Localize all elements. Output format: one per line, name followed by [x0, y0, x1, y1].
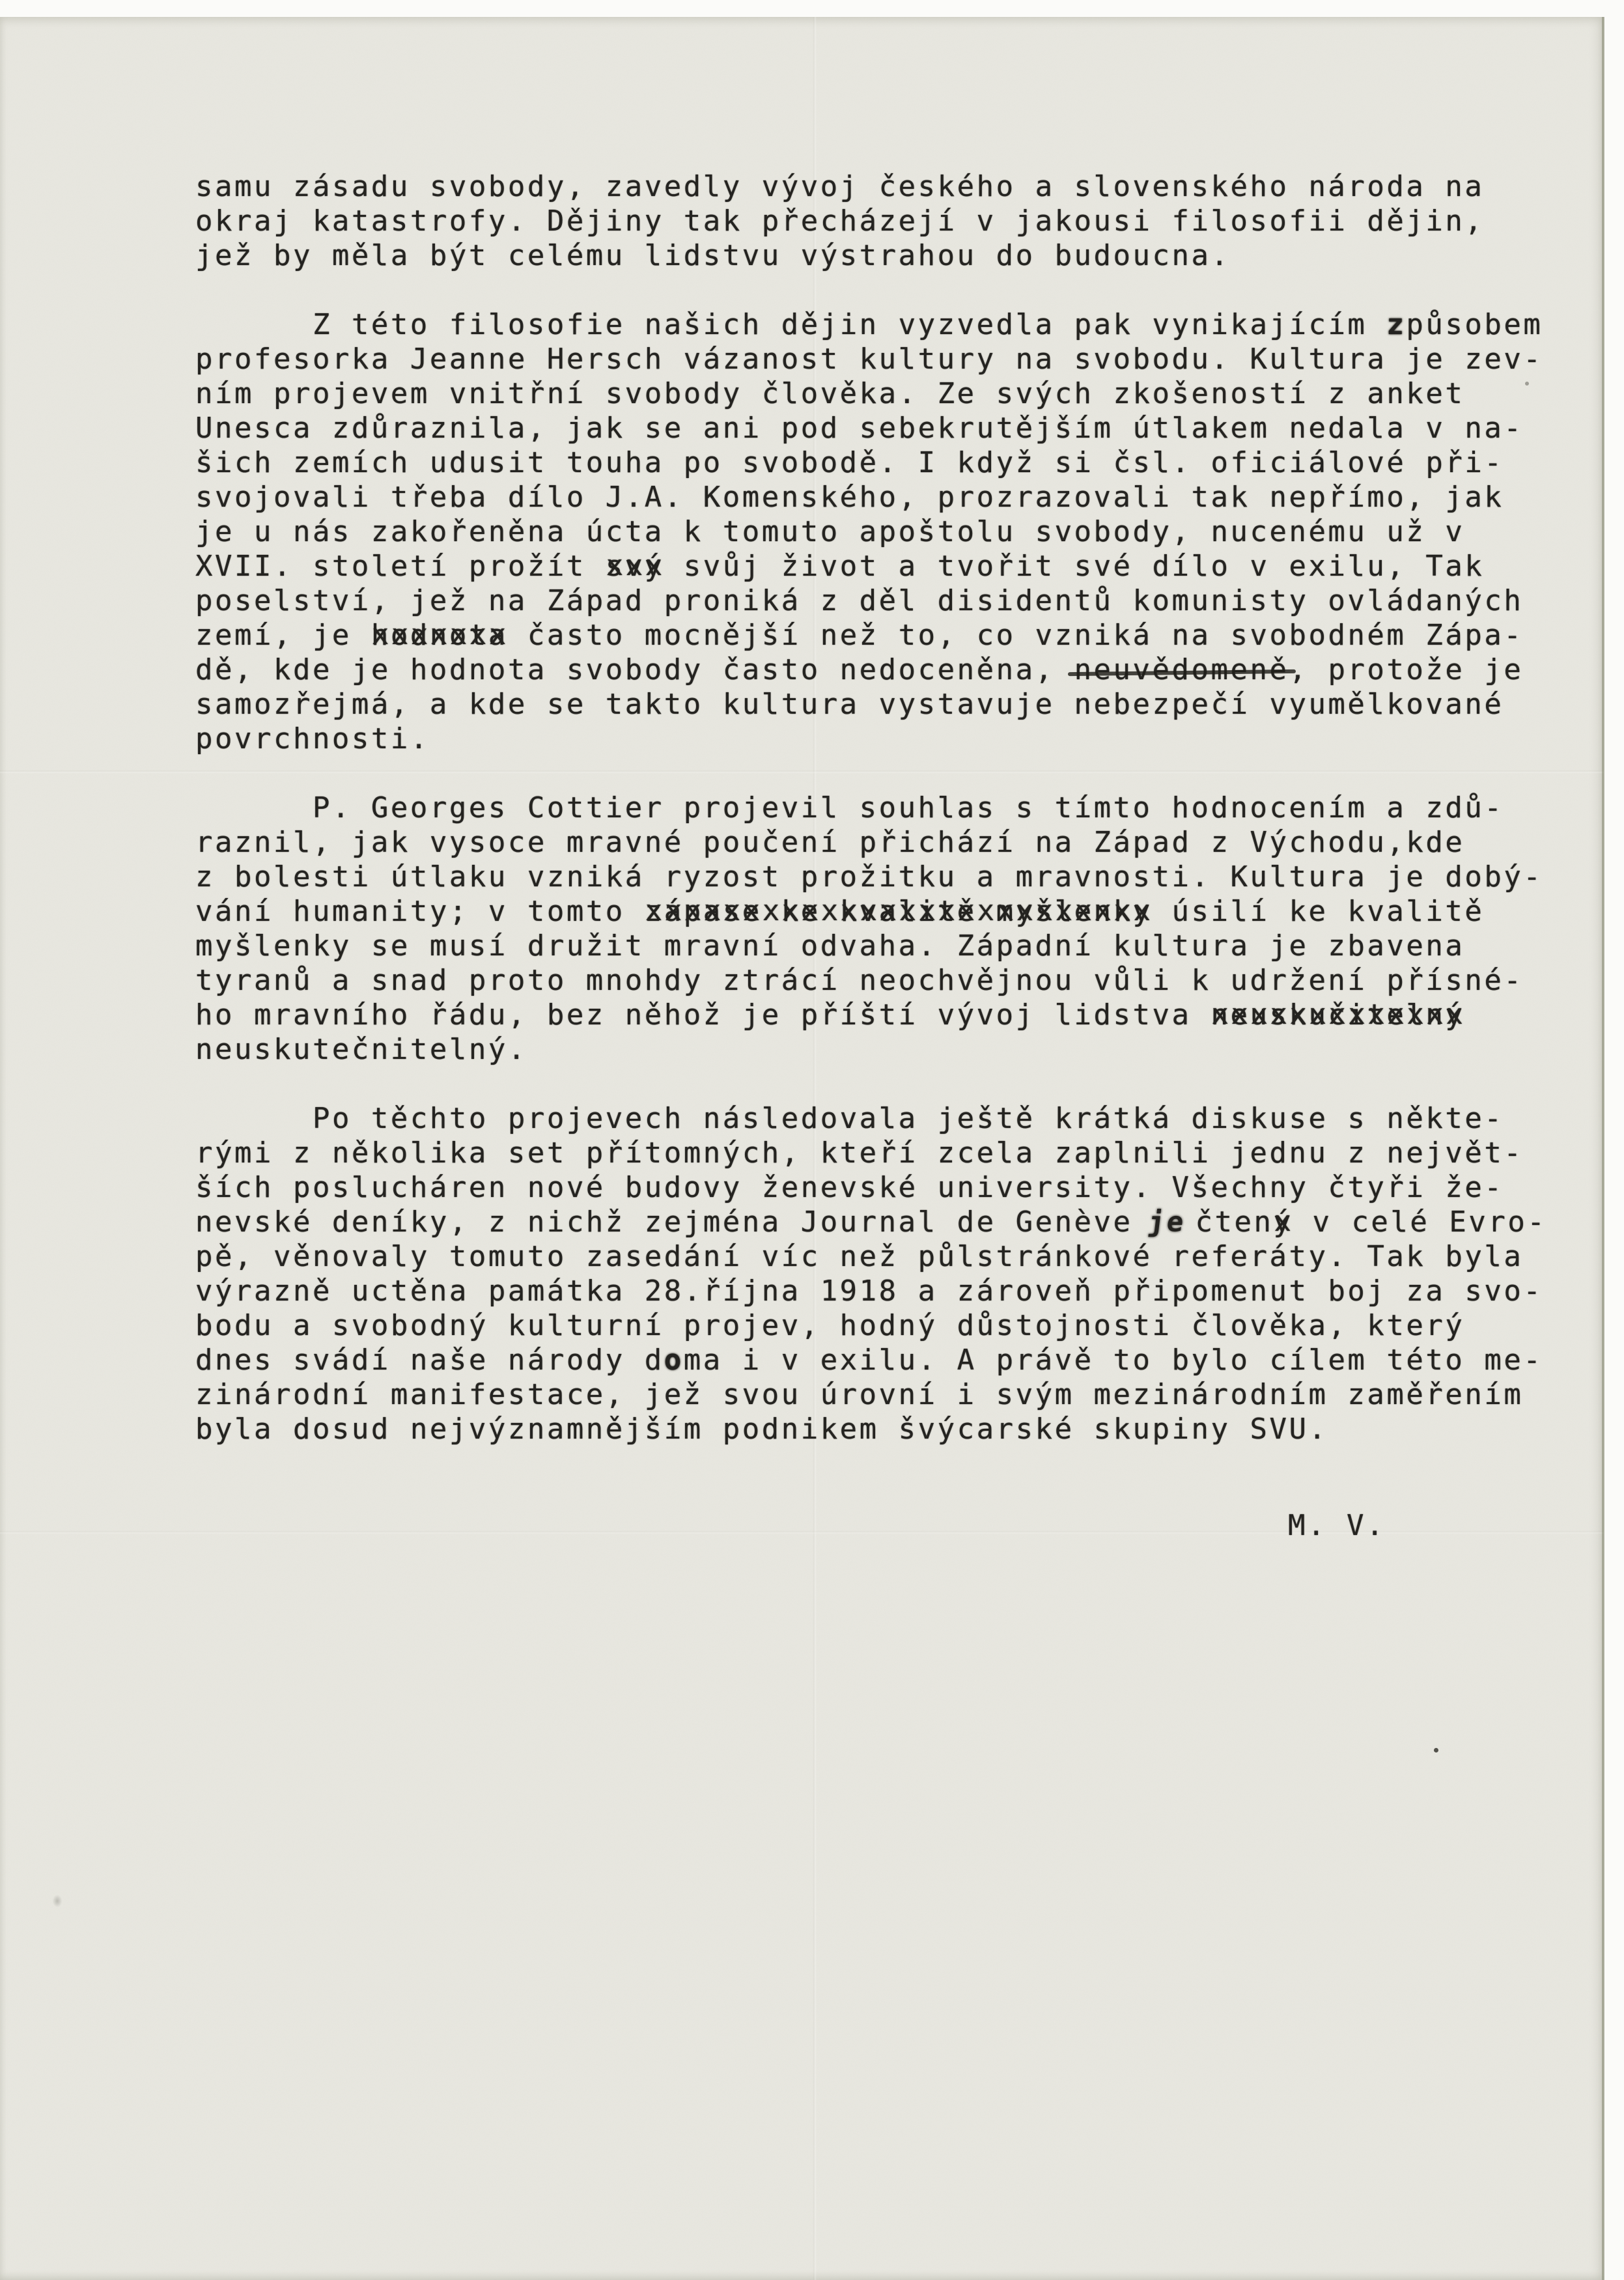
text-segment: ho mravního řádu, bez něhož je příští vý… [195, 998, 1211, 1032]
text-segment: svůj život a tvořit své dílo v exilu, Ta… [664, 550, 1485, 583]
text-segment: profesorka Jeanne Hersch vázanost kultur… [195, 343, 1543, 376]
text-line: bodu a svobodný kulturní projev, hodný d… [195, 1308, 1547, 1343]
text-segment: poselství, jež na Západ proniká z děl di… [195, 584, 1523, 617]
text-segment: raznil, jak vysoce mravné poučení přichá… [195, 826, 1464, 859]
text-segment: ním projevem vnitřní svobody člověka. Ze… [195, 377, 1464, 410]
text-segment: často mocnější než to, co vzniká na svob… [508, 619, 1524, 652]
text-segment: P. Georges Cottier projevil souhlas s tí… [313, 791, 1504, 824]
scanned-document-page: samu zásadu svobody, zavedly vývoj české… [0, 0, 1624, 2280]
text-segment: bodu a svobodný kulturní projev, hodný d… [195, 1309, 1464, 1342]
text-segment-smudge: o [664, 1344, 684, 1377]
text-line: vání humanity; v tomto zápase ke kvalitě… [195, 894, 1547, 929]
text-segment: Z této filosofie našich dějin vyzvedla p… [313, 308, 1386, 341]
document-body: samu zásadu svobody, zavedly vývoj české… [195, 169, 1547, 1446]
text-segment: ších poslucháren nové budovy ženevské un… [195, 1171, 1504, 1204]
text-segment: v celé Evro- [1293, 1205, 1547, 1239]
text-line: šich zemích udusit touha po svobodě. I k… [195, 445, 1547, 480]
text-segment: byla dosud nejvýznamnějším podnikem švýc… [195, 1413, 1328, 1446]
text-segment-xover: neuskučitelný [1211, 998, 1465, 1032]
text-segment: tyranů a snad proto mnohdy ztrácí neochv… [195, 964, 1523, 997]
text-line: rými z několika set přítomných, kteří zc… [195, 1136, 1547, 1170]
text-segment-xover: zápase ke kvalitě myšlenky [645, 894, 1153, 929]
text-line: P. Georges Cottier projevil souhlas s tí… [195, 791, 1547, 825]
text-segment: jež by měla být celému lidstvu výstrahou… [195, 239, 1230, 272]
text-line: ním projevem vnitřní svobody člověka. Ze… [195, 376, 1547, 411]
paragraph: samu zásadu svobody, zavedly vývoj české… [195, 169, 1547, 273]
text-line: je u nás zakořeněna úcta k tomuto apošto… [195, 514, 1547, 549]
text-line: profesorka Jeanne Hersch vázanost kultur… [195, 342, 1547, 376]
text-segment: XVII. století prožít [195, 550, 606, 583]
text-segment: Unesca zdůraznila, jak se ani pod sebekr… [195, 412, 1523, 445]
text-segment-insert: je [1146, 1205, 1188, 1239]
paragraph: Po těchto projevech následovala ještě kr… [195, 1101, 1547, 1446]
text-segment: výrazně uctěna památka 28.října 1918 a z… [195, 1274, 1543, 1308]
text-segment: působem [1406, 308, 1543, 341]
text-segment: povrchnosti. [195, 722, 430, 755]
paper-smudge [51, 1893, 64, 1909]
text-line: XVII. století prožít svý svůj život a tv… [195, 549, 1547, 584]
text-line: výrazně uctěna památka 28.října 1918 a z… [195, 1274, 1547, 1308]
ink-speck [1434, 1748, 1438, 1752]
text-line: myšlenky se musí družit mravní odvaha. Z… [195, 929, 1547, 963]
text-line: samozřejmá, a kde se takto kultura vysta… [195, 687, 1547, 722]
text-segment: , protože je [1289, 653, 1523, 686]
text-segment-strike: neuvědomeně [1074, 653, 1289, 687]
text-segment: dě, kde je hodnota svobody často nedocen… [195, 653, 1074, 686]
text-segment: Po těchto projevech následovala ještě kr… [313, 1102, 1504, 1135]
text-segment-xover: svý [606, 549, 664, 584]
text-segment: vání humanity; v tomto [195, 895, 645, 928]
text-segment: ma i v exilu. A právě to bylo cílem této… [684, 1344, 1543, 1377]
text-line: raznil, jak vysoce mravné poučení přichá… [195, 825, 1547, 860]
signature-initials: M. V. [1288, 1508, 1386, 1543]
paper-sheet: samu zásadu svobody, zavedly vývoj české… [0, 17, 1604, 2280]
text-line: povrchnosti. [195, 722, 1547, 756]
text-line: dnes svádí naše národy doma i v exilu. A… [195, 1343, 1547, 1377]
text-segment-xover: hodnota [371, 618, 508, 653]
text-segment: dnes svádí naše národy d [195, 1344, 664, 1377]
text-line: pě, věnovaly tomuto zasedání víc než půl… [195, 1239, 1547, 1274]
text-segment: okraj katastrofy. Dějiny tak přecházejí … [195, 204, 1484, 238]
text-segment: z bolesti útlaku vzniká ryzost prožitku … [195, 860, 1543, 894]
text-line: okraj katastrofy. Dějiny tak přecházejí … [195, 204, 1547, 238]
text-segment: svojovali třeba dílo J.A. Komenského, pr… [195, 481, 1504, 514]
text-line: svojovali třeba dílo J.A. Komenského, pr… [195, 480, 1547, 514]
paragraph: P. Georges Cottier projevil souhlas s tí… [195, 791, 1547, 1067]
text-segment: nevské deníky, z nichž zejména Journal d… [195, 1205, 1153, 1239]
text-line: samu zásadu svobody, zavedly vývoj české… [195, 169, 1547, 204]
text-segment: úsilí ke kvalitě [1153, 895, 1485, 928]
text-segment: pě, věnovaly tomuto zasedání víc než půl… [195, 1240, 1523, 1273]
text-segment-xover: ý [1273, 1205, 1293, 1239]
text-segment: neuskutečnitelný. [195, 1033, 527, 1066]
text-line: Unesca zdůraznila, jak se ani pod sebekr… [195, 411, 1547, 445]
text-segment: samu zásadu svobody, zavedly vývoj české… [195, 170, 1484, 203]
text-line: jež by měla být celému lidstvu výstrahou… [195, 238, 1547, 273]
text-line: nevské deníky, z nichž zejména Journal d… [195, 1205, 1547, 1239]
text-line: zemí, je hodnota často mocnější než to, … [195, 618, 1547, 653]
text-line: ho mravního řádu, bez něhož je příští vý… [195, 998, 1547, 1032]
text-segment: čten [1176, 1205, 1274, 1239]
text-segment: myšlenky se musí družit mravní odvaha. Z… [195, 929, 1464, 963]
text-segment-smudge: z [1386, 308, 1406, 341]
text-line: Po těchto projevech následovala ještě kr… [195, 1101, 1547, 1136]
text-line: byla dosud nejvýznamnějším podnikem švýc… [195, 1412, 1547, 1446]
text-line: tyranů a snad proto mnohdy ztrácí neochv… [195, 963, 1547, 998]
text-line: zinárodní manifestace, jež svou úrovní i… [195, 1377, 1547, 1412]
text-segment: je u nás zakořeněna úcta k tomuto apošto… [195, 515, 1464, 548]
text-segment: zinárodní manifestace, jež svou úrovní i… [195, 1378, 1523, 1411]
text-line: z bolesti útlaku vzniká ryzost prožitku … [195, 860, 1547, 894]
paragraph: Z této filosofie našich dějin vyzvedla p… [195, 307, 1547, 756]
text-line: dě, kde je hodnota svobody často nedocen… [195, 653, 1547, 687]
text-line: neuskutečnitelný. [195, 1032, 1547, 1067]
text-segment: zemí, je [195, 619, 371, 652]
text-line: ších poslucháren nové budovy ženevské un… [195, 1170, 1547, 1205]
paper-right-edge [1602, 17, 1604, 2280]
text-segment: samozřejmá, a kde se takto kultura vysta… [195, 688, 1504, 721]
text-segment: rými z několika set přítomných, kteří zc… [195, 1136, 1523, 1170]
text-segment: šich zemích udusit touha po svobodě. I k… [195, 446, 1504, 479]
text-line: poselství, jež na Západ proniká z děl di… [195, 584, 1547, 618]
text-line: Z této filosofie našich dějin vyzvedla p… [195, 307, 1547, 342]
